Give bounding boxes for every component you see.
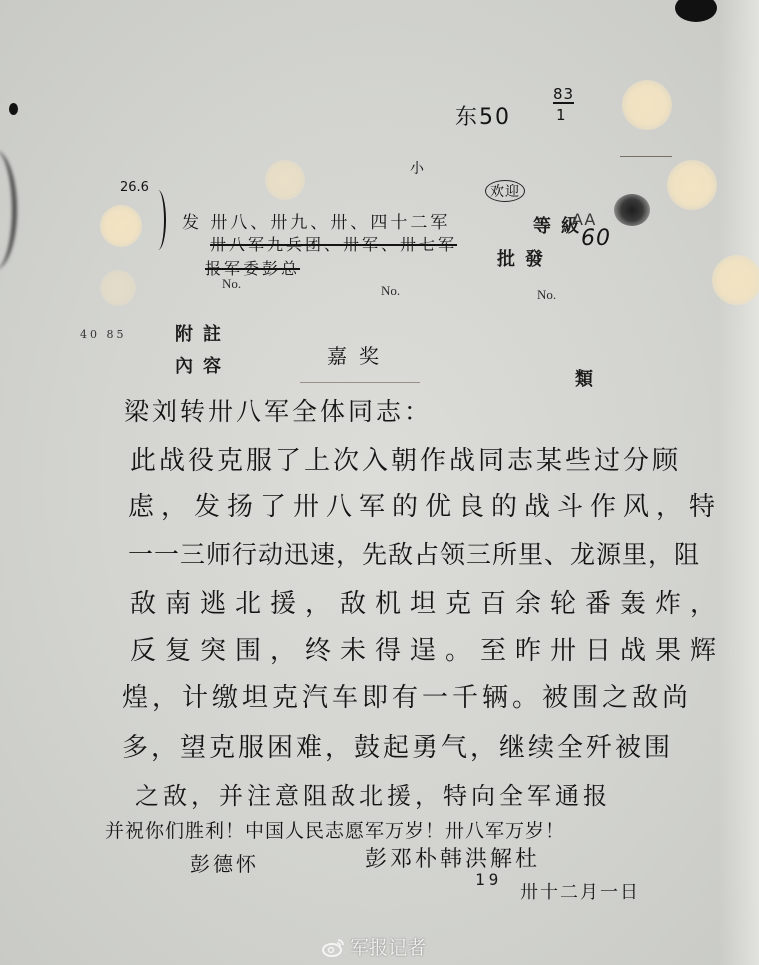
dispatch-label: 批發 [497,245,553,271]
no-label-3: No. [537,287,556,303]
body-line: 并祝你们胜利！中国人民志愿军万岁！卅八军万岁！ [105,816,565,843]
body-line: 此战役克服了上次入朝作战同志某些过分顾 [130,440,681,477]
stain-spot [622,80,672,130]
body-line: 梁刘转卅八军全体同志： [124,392,432,428]
archive-ref: 东50 [455,100,511,131]
dispatch-value: 60 [581,226,611,251]
ink-blot [614,194,650,226]
body-line: 之敌，并注意阻敌北援，特向全军通报 [135,776,611,811]
routing-line-3: 报军委彭总 [205,256,300,279]
body-line: 一一三师行动迅速，先敌占领三所里、龙源里，阻 [128,535,700,571]
stain-spot [100,205,142,247]
archive-ref-prefix: 东 [455,105,479,130]
body-line: 多，望克服困难，鼓起勇气，继续全歼被围 [122,727,673,764]
postscript-name: 彭德怀 [190,848,259,877]
stain-spot [667,160,717,210]
watermark: 军报记者 [322,933,426,960]
paper-edge-highlight [719,0,759,965]
routing-line-1: 发 卅八、卅九、卅、四十二军 [182,208,450,233]
archive-ref-number: 50 [479,105,511,130]
serial-number: 40 85 [80,328,127,341]
date: 卅十二月一日 [520,878,640,904]
punch-hole [9,103,18,115]
notes-label: 附註 [175,320,231,346]
bracket-mark [150,190,166,250]
printed-year: 19 [475,870,502,889]
body-line: 虑，发扬了卅八军的优良的战斗作风，特 [128,486,722,523]
small-mark: 小 [410,158,428,178]
body-line: 反复突围，终未得逞。至昨卅日战果辉 [130,630,725,667]
category-value: 嘉奖 [327,340,391,369]
body-line: 煌，计缴坦克汽车即有一千辆。被围之敌尚 [122,677,692,714]
watermark-text: 军报记者 [350,933,426,960]
archive-fraction-top: 83 [553,86,574,104]
content-label: 內容 [175,352,231,378]
no-label-1: No. [222,276,241,292]
category-rule [300,382,420,383]
weibo-icon [322,937,346,957]
no-label-2: No. [381,283,400,299]
stain-spot [100,270,136,306]
dash-rule [620,156,672,157]
body-line: 敌南逃北援，敌机坦克百余轮番轰炸， [130,583,725,620]
signature: 彭邓朴韩洪解杜 [365,842,540,873]
routing-line-2: 卅八军九兵团、卅军、卅七军 [210,232,457,255]
circled-note: 欢迎 [485,180,525,202]
stain-spot [265,160,305,200]
category-label: 類 [575,365,593,391]
stain-spot [712,255,759,305]
archive-fraction-bottom: 1 [556,106,570,124]
side-note: 26.6 [120,180,149,195]
